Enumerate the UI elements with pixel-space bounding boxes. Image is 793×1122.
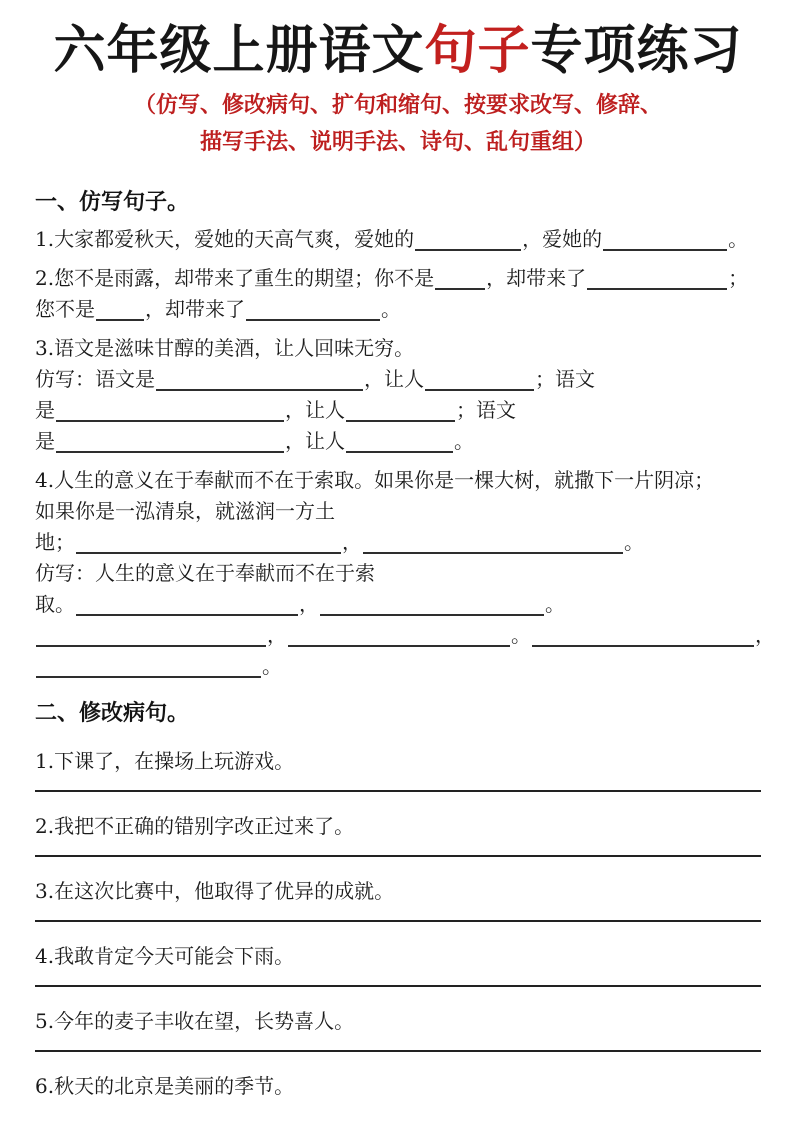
exercise-sentence: 1.下课了，在操场上玩游戏。 — [35, 747, 761, 775]
exercise-line: 3.语文是滋味甘醇的美酒，让人回味无穷。 — [35, 333, 761, 364]
line-text: 。 — [624, 530, 644, 554]
exercise-sentence: 3.在这次比赛中，他取得了优异的成就。 — [35, 877, 761, 905]
line-text: 。 — [454, 429, 474, 453]
exercise-item: 6.秋天的北京是美丽的季节。 — [35, 1072, 761, 1100]
section-two-heading: 二、修改病句。 — [35, 696, 761, 727]
subtitle: （仿写、修改病句、扩句和缩句、按要求改写、修辞、 描写手法、说明手法、诗句、乱句… — [35, 87, 761, 161]
subtitle-line-2: 描写手法、说明手法、诗句、乱句重组） — [35, 124, 761, 161]
line-text: 仿写：语文是 — [35, 367, 155, 391]
line-text: 。 — [545, 592, 565, 616]
exercise-line: 2.您不是雨露，却带来了重生的期望；你不是，却带来了； — [35, 263, 761, 294]
answer-blank — [346, 402, 455, 422]
line-text: ， — [755, 623, 775, 647]
line-text: 。 — [728, 227, 748, 251]
title-text-post: 专项练习 — [531, 20, 743, 81]
section-one-heading: 一、仿写句子。 — [35, 185, 761, 216]
line-text: ；语文 — [456, 398, 516, 422]
exercise-line: 1.大家都爱秋天，爱她的天高气爽，爱她的，爱她的。 — [35, 224, 761, 255]
line-text: 取。 — [35, 592, 75, 616]
exercise-item: 5.今年的麦子丰收在望，长势喜人。 — [35, 1007, 761, 1052]
line-text: 是 — [35, 398, 55, 422]
exercise-line: 如果你是一泓清泉，就滋润一方土 — [35, 496, 761, 527]
answer-rule — [35, 1050, 761, 1052]
line-text: ，却带来了 — [145, 297, 245, 321]
line-text: 地； — [35, 530, 75, 554]
answer-blank — [288, 627, 510, 647]
answer-blank — [346, 433, 453, 453]
line-text: ，爱她的 — [522, 227, 602, 251]
exercise-line: 仿写：人生的意义在于奉献而不在于索 — [35, 558, 761, 589]
answer-blank — [587, 270, 727, 290]
answer-rule — [35, 855, 761, 857]
line-text: 仿写：人生的意义在于奉献而不在于索 — [35, 561, 375, 585]
exercise-sentence: 2.我把不正确的错别字改正过来了。 — [35, 812, 761, 840]
answer-blank — [246, 301, 380, 321]
answer-blank — [320, 596, 544, 616]
section-two-items: 1.下课了，在操场上玩游戏。2.我把不正确的错别字改正过来了。3.在这次比赛中，… — [35, 747, 761, 1100]
line-text: 是 — [35, 429, 55, 453]
answer-blank — [603, 231, 727, 251]
line-text: ，让人 — [285, 398, 345, 422]
exercise-line: 地；，。 — [35, 527, 761, 558]
subtitle-line-1: （仿写、修改病句、扩句和缩句、按要求改写、修辞、 — [35, 87, 761, 124]
exercise-item: 4.我敢肯定今天可能会下雨。 — [35, 942, 761, 987]
line-text: 您不是 — [35, 297, 95, 321]
exercise-line: ，。， — [35, 620, 761, 651]
line-text: 。 — [381, 297, 401, 321]
line-text: ，却带来了 — [486, 266, 586, 290]
answer-blank — [76, 596, 298, 616]
exercise-item: 3.在这次比赛中，他取得了优异的成就。 — [35, 877, 761, 922]
line-text: ；语文 — [535, 367, 595, 391]
line-text: ， — [267, 623, 287, 647]
line-text: 。 — [262, 654, 282, 678]
line-text: 如果你是一泓清泉，就滋润一方土 — [35, 499, 335, 523]
line-text: 3.语文是滋味甘醇的美酒，让人回味无穷。 — [35, 336, 414, 360]
exercise-line: 是，让人。 — [35, 426, 761, 457]
answer-blank — [363, 534, 623, 554]
answer-rule — [35, 920, 761, 922]
exercise-item: 2.我把不正确的错别字改正过来了。 — [35, 812, 761, 857]
exercise-sentence: 4.我敢肯定今天可能会下雨。 — [35, 942, 761, 970]
section-one-lines: 1.大家都爱秋天，爱她的天高气爽，爱她的，爱她的。2.您不是雨露，却带来了重生的… — [35, 224, 761, 682]
answer-rule — [35, 790, 761, 792]
answer-blank — [435, 270, 485, 290]
exercise-line: 取。，。 — [35, 589, 761, 620]
answer-blank — [76, 534, 341, 554]
answer-blank — [425, 371, 534, 391]
exercise-line: 。 — [35, 651, 761, 682]
line-text: ； — [728, 266, 748, 290]
answer-blank — [36, 658, 261, 678]
title-text-pre: 六年级上册语文 — [53, 20, 424, 81]
line-text: ， — [299, 592, 319, 616]
line-text: 。 — [511, 623, 531, 647]
exercise-line: 您不是，却带来了。 — [35, 294, 761, 325]
exercise-item: 1.下课了，在操场上玩游戏。 — [35, 747, 761, 792]
line-text: ，让人 — [364, 367, 424, 391]
answer-blank — [532, 627, 754, 647]
exercise-sentence: 5.今年的麦子丰收在望，长势喜人。 — [35, 1007, 761, 1035]
line-text: 2.您不是雨露，却带来了重生的期望；你不是 — [35, 266, 434, 290]
exercise-sentence: 6.秋天的北京是美丽的季节。 — [35, 1072, 761, 1100]
answer-blank — [156, 371, 363, 391]
exercise-line: 4.人生的意义在于奉献而不在于索取。如果你是一棵大树，就撒下一片阴凉； — [35, 465, 761, 496]
title-highlight: 句子 — [424, 20, 530, 81]
answer-blank — [56, 433, 284, 453]
answer-blank — [415, 231, 521, 251]
exercise-line: 是，让人；语文 — [35, 395, 761, 426]
line-text: 1.大家都爱秋天，爱她的天高气爽，爱她的 — [35, 227, 414, 251]
line-text: ， — [342, 530, 362, 554]
worksheet-page: 六年级上册语文句子专项练习 （仿写、修改病句、扩句和缩句、按要求改写、修辞、 描… — [0, 0, 793, 1122]
line-text: 4.人生的意义在于奉献而不在于索取。如果你是一棵大树，就撒下一片阴凉； — [35, 468, 714, 492]
answer-blank — [36, 627, 266, 647]
answer-blank — [56, 402, 284, 422]
page-title: 六年级上册语文句子专项练习 — [35, 20, 761, 81]
exercise-line: 仿写：语文是，让人；语文 — [35, 364, 761, 395]
answer-rule — [35, 985, 761, 987]
answer-blank — [96, 301, 144, 321]
line-text: ，让人 — [285, 429, 345, 453]
